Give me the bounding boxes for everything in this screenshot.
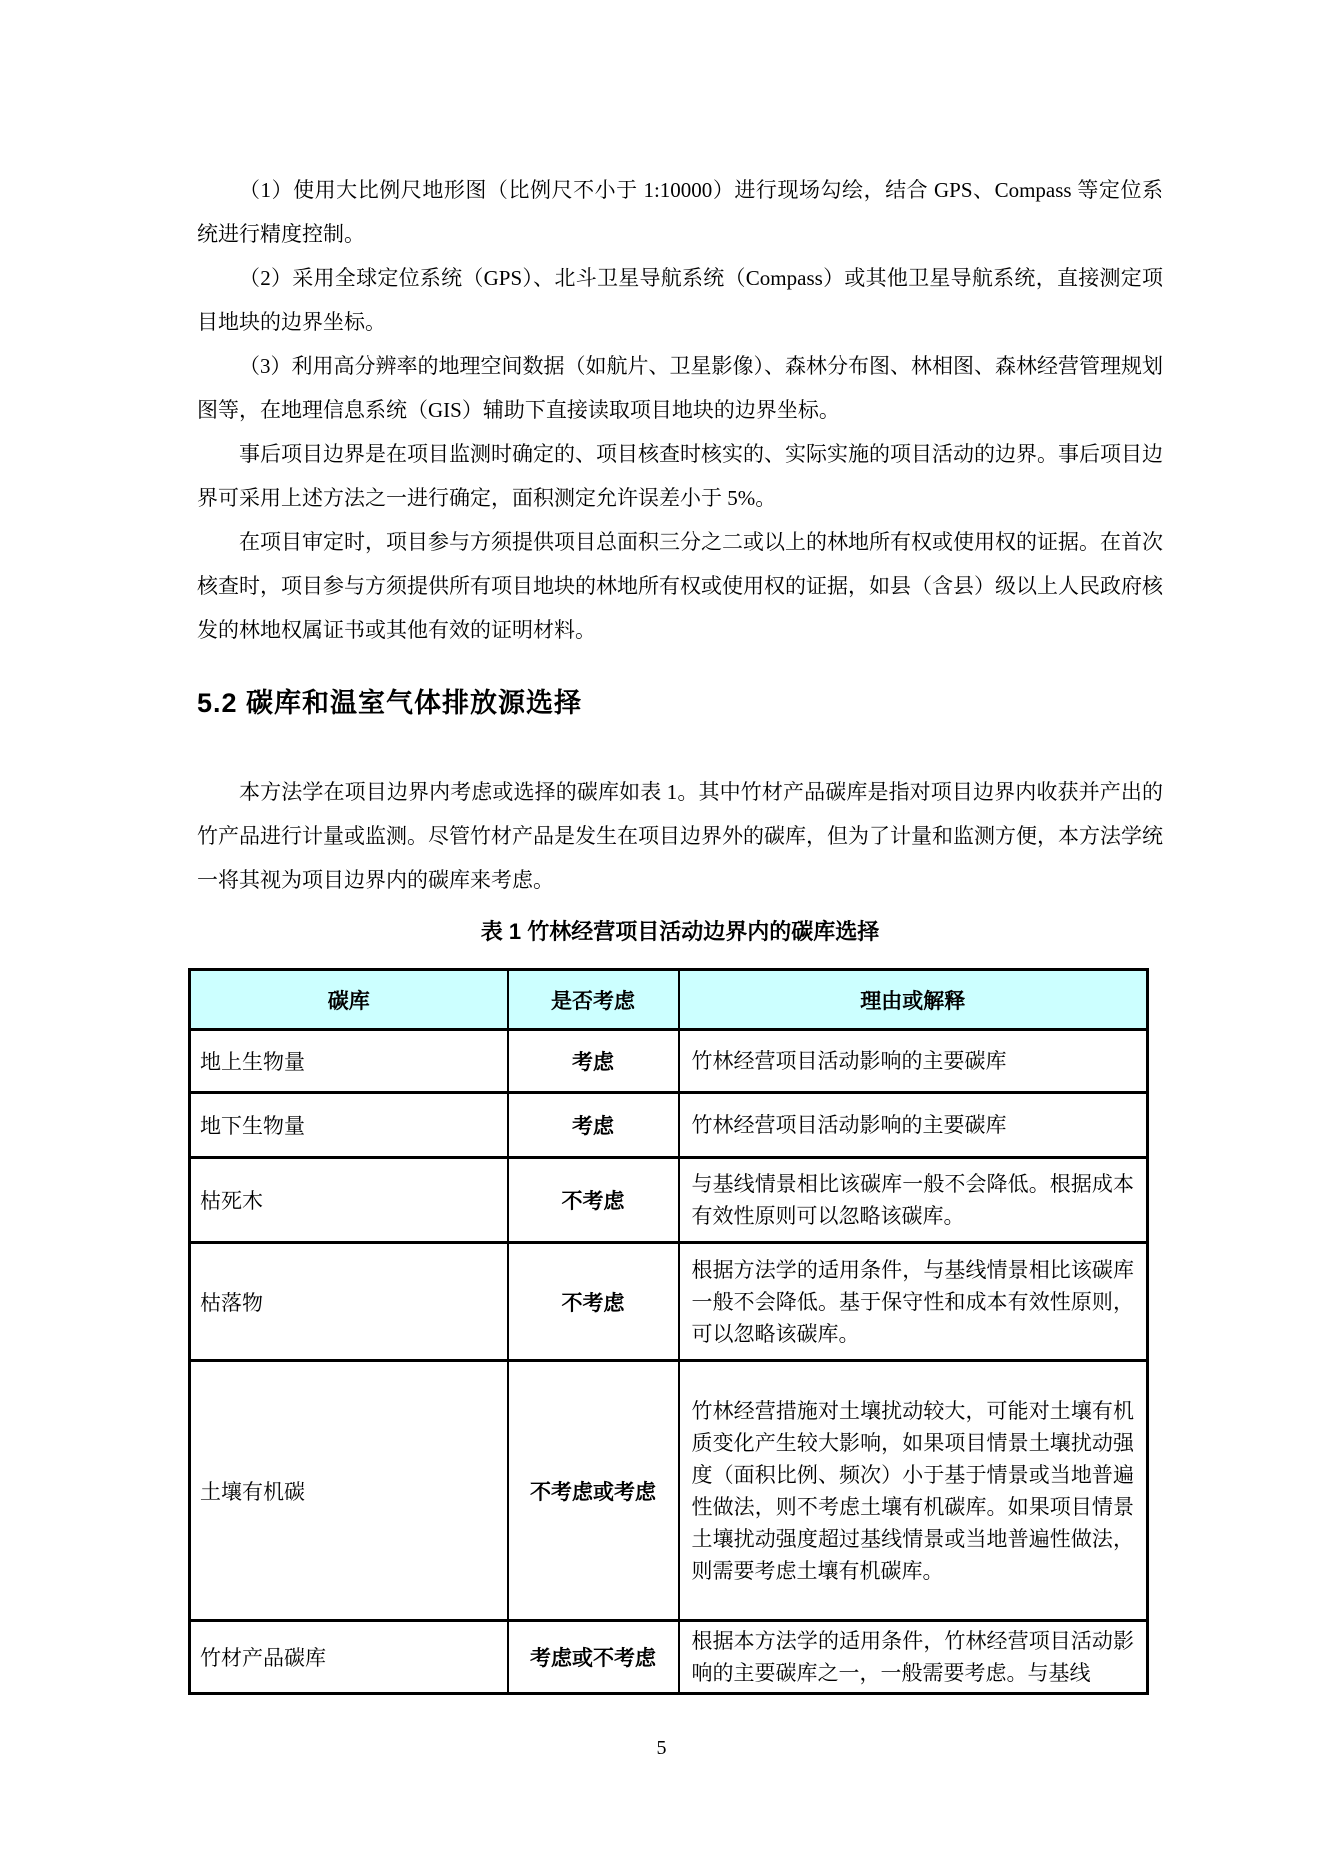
table-header-row: 碳库 是否考虑 理由或解释 bbox=[190, 970, 1148, 1030]
section-heading: 5.2 碳库和温室气体排放源选择 bbox=[197, 678, 1163, 728]
table-row: 枯死木 不考虑 与基线情景相比该碳库一般不会降低。根据成本有效性原则可以忽略该碳… bbox=[190, 1158, 1148, 1243]
paragraph-method-2: （2）采用全球定位系统（GPS）、北斗卫星导航系统（Compass）或其他卫星导… bbox=[197, 256, 1163, 344]
considered-value: 不考虑或考虑 bbox=[508, 1361, 679, 1621]
paragraph-section-intro: 本方法学在项目边界内考虑或选择的碳库如表 1。其中竹材产品碳库是指对项目边界内收… bbox=[197, 770, 1163, 902]
considered-value: 考虑 bbox=[508, 1093, 679, 1158]
reason-text: 根据本方法学的适用条件，竹林经营项目活动影响的主要碳库之一，一般需要考虑。与基线 bbox=[679, 1621, 1148, 1694]
pool-name: 枯落物 bbox=[190, 1243, 508, 1361]
considered-value: 考虑 bbox=[508, 1030, 679, 1093]
reason-text: 竹林经营措施对土壤扰动较大，可能对土壤有机质变化产生较大影响，如果项目情景土壤扰… bbox=[679, 1361, 1148, 1621]
considered-value: 不考虑 bbox=[508, 1243, 679, 1361]
reason-text: 根据方法学的适用条件，与基线情景相比该碳库一般不会降低。基于保守性和成本有效性原… bbox=[679, 1243, 1148, 1361]
page-content: （1）使用大比例尺地形图（比例尺不小于 1:10000）进行现场勾绘，结合 GP… bbox=[197, 0, 1163, 1695]
table-row: 地上生物量 考虑 竹林经营项目活动影响的主要碳库 bbox=[190, 1030, 1148, 1093]
column-header-pool: 碳库 bbox=[190, 970, 508, 1030]
pool-name: 土壤有机碳 bbox=[190, 1361, 508, 1621]
column-header-reason: 理由或解释 bbox=[679, 970, 1148, 1030]
page-number: 5 bbox=[0, 1726, 1323, 1770]
table-row: 地下生物量 考虑 竹林经营项目活动影响的主要碳库 bbox=[190, 1093, 1148, 1158]
reason-text: 竹林经营项目活动影响的主要碳库 bbox=[679, 1030, 1148, 1093]
table-caption: 表 1 竹林经营项目活动边界内的碳库选择 bbox=[197, 912, 1163, 952]
considered-value: 考虑或不考虑 bbox=[508, 1621, 679, 1694]
paragraph-method-1: （1）使用大比例尺地形图（比例尺不小于 1:10000）进行现场勾绘，结合 GP… bbox=[197, 168, 1163, 256]
pool-name: 竹材产品碳库 bbox=[190, 1621, 508, 1694]
pool-name: 地下生物量 bbox=[190, 1093, 508, 1158]
paragraph-tenure-evidence: 在项目审定时，项目参与方须提供项目总面积三分之二或以上的林地所有权或使用权的证据… bbox=[197, 520, 1163, 652]
considered-value: 不考虑 bbox=[508, 1158, 679, 1243]
document-page: （1）使用大比例尺地形图（比例尺不小于 1:10000）进行现场勾绘，结合 GP… bbox=[0, 0, 1323, 1871]
reason-text: 与基线情景相比该碳库一般不会降低。根据成本有效性原则可以忽略该碳库。 bbox=[679, 1158, 1148, 1243]
pool-name: 枯死木 bbox=[190, 1158, 508, 1243]
paragraph-expost-boundary: 事后项目边界是在项目监测时确定的、项目核查时核实的、实际实施的项目活动的边界。事… bbox=[197, 432, 1163, 520]
reason-text: 竹林经营项目活动影响的主要碳库 bbox=[679, 1093, 1148, 1158]
table-row: 竹材产品碳库 考虑或不考虑 根据本方法学的适用条件，竹林经营项目活动影响的主要碳… bbox=[190, 1621, 1148, 1694]
table-row: 土壤有机碳 不考虑或考虑 竹林经营措施对土壤扰动较大，可能对土壤有机质变化产生较… bbox=[190, 1361, 1148, 1621]
table-row: 枯落物 不考虑 根据方法学的适用条件，与基线情景相比该碳库一般不会降低。基于保守… bbox=[190, 1243, 1148, 1361]
paragraph-method-3: （3）利用高分辨率的地理空间数据（如航片、卫星影像）、森林分布图、林相图、森林经… bbox=[197, 344, 1163, 432]
carbon-pool-table: 碳库 是否考虑 理由或解释 地上生物量 考虑 竹林经营项目活动影响的主要碳库 地… bbox=[188, 968, 1149, 1695]
column-header-considered: 是否考虑 bbox=[508, 970, 679, 1030]
pool-name: 地上生物量 bbox=[190, 1030, 508, 1093]
